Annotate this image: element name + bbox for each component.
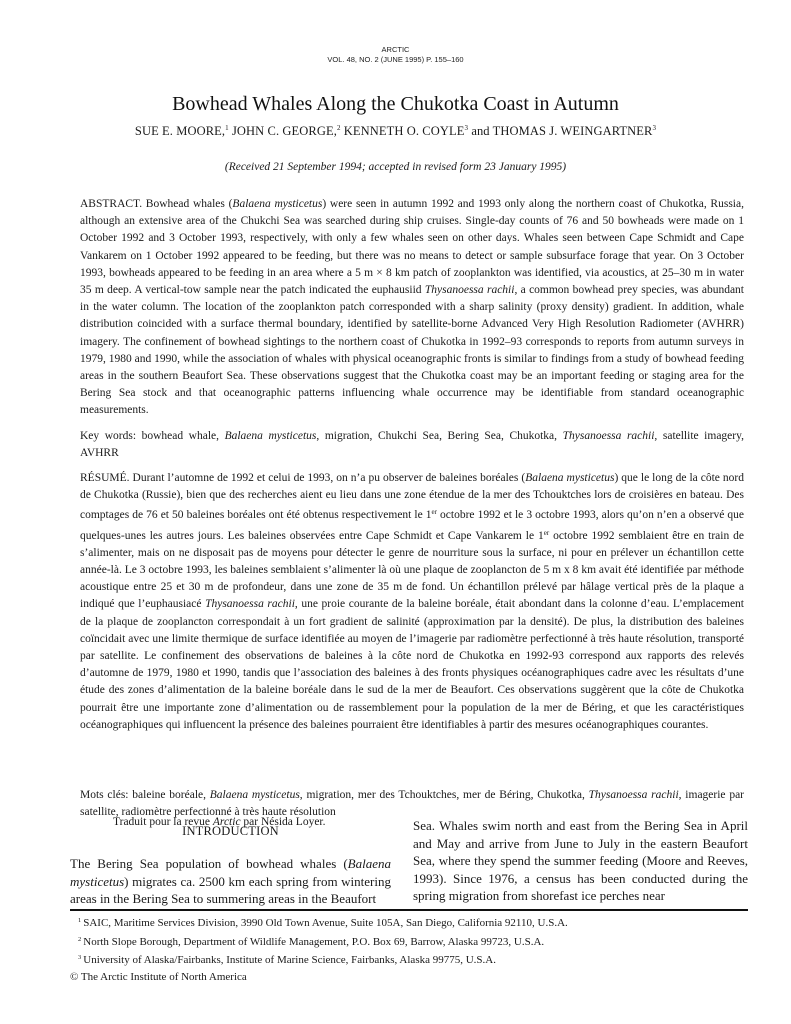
footnote-marker: 2 [78, 936, 81, 943]
paragraph-text: The Bering Sea population of bowhead wha… [70, 856, 348, 871]
abstract-text: ) were seen in autumn 1992 and 1993 only… [80, 198, 744, 296]
species-name: Balaena mysticetus [210, 789, 300, 801]
article-title: Bowhead Whales Along the Chukotka Coast … [0, 92, 791, 116]
author-name: THOMAS J. WEINGARTNER [493, 124, 653, 138]
author-list: SUE E. MOORE,1 JOHN C. GEORGE,2 KENNETH … [0, 120, 791, 139]
prey-species-name: Thysanoessa rachii [563, 430, 655, 442]
section-heading-introduction: INTRODUCTION [70, 823, 391, 839]
prey-species-name: Thysanoessa rachii [589, 789, 679, 801]
mots-cles-text: , migration, mer des Tchouktches, mer de… [300, 789, 589, 801]
received-dates: (Received 21 September 1994; accepted in… [0, 160, 791, 175]
keywords-text: , migration, Chukchi Sea, Bering Sea, Ch… [316, 430, 562, 442]
body-column-right: Sea. Whales swim north and east from the… [413, 817, 748, 905]
footnote-text: University of Alaska/Fairbanks, Institut… [83, 954, 496, 966]
affiliation-marker: 1 [225, 124, 229, 132]
journal-header: ARCTIC VOL. 48, NO. 2 (JUNE 1995) P. 155… [0, 45, 791, 65]
prey-species-name: Thysanoessa rachii [205, 598, 295, 610]
introduction-paragraph: The Bering Sea population of bowhead wha… [70, 855, 391, 908]
journal-name: ARCTIC [0, 45, 791, 55]
footnote-divider [70, 909, 748, 911]
species-name: Balaena mysticetus [225, 430, 317, 442]
footnotes: 1SAIC, Maritime Services Division, 3990 … [70, 913, 750, 985]
footnote-text: SAIC, Maritime Services Division, 3990 O… [83, 917, 568, 929]
keywords-text: bowhead whale, [136, 430, 225, 442]
body-column-left: INTRODUCTION The Bering Sea population o… [70, 823, 391, 908]
mots-cles-label: Mots clés: [80, 789, 129, 801]
footnote-text: North Slope Borough, Department of Wildl… [83, 936, 544, 948]
journal-citation: VOL. 48, NO. 2 (JUNE 1995) P. 155–160 [0, 55, 791, 65]
species-name: Balaena mysticetus [525, 472, 614, 484]
keywords-label: Key words: [80, 430, 136, 442]
resume-text: Durant l’automne de 1992 et celui de 199… [130, 472, 526, 484]
abstract-text: , a common bowhead prey species, was abu… [80, 284, 744, 416]
author-conjunction: and [471, 124, 489, 138]
introduction-paragraph-continued: Sea. Whales swim north and east from the… [413, 817, 748, 905]
mots-cles-text: baleine boréale, [129, 789, 210, 801]
affiliation-marker: 3 [464, 124, 468, 132]
prey-species-name: Thysanoessa rachii [425, 284, 515, 296]
affiliation-marker: 3 [652, 124, 656, 132]
author-name: SUE E. MOORE, [135, 124, 225, 138]
author-name: KENNETH O. COYLE [344, 124, 465, 138]
abstract-label: ABSTRACT. [80, 198, 142, 210]
footnote-marker: 3 [78, 954, 81, 961]
footnote: 1SAIC, Maritime Services Division, 3990 … [70, 913, 750, 932]
resume-label: RÉSUMÉ. [80, 472, 130, 484]
footnote: 2North Slope Borough, Department of Wild… [70, 932, 750, 951]
footnote: 3University of Alaska/Fairbanks, Institu… [70, 950, 750, 969]
resume-text: , une proie courante de la baleine boréa… [80, 598, 744, 730]
abstract: ABSTRACT. Bowhead whales (Balaena mystic… [80, 196, 744, 420]
keywords: Key words: bowhead whale, Balaena mystic… [80, 428, 744, 462]
author-name: JOHN C. GEORGE, [232, 124, 337, 138]
abstract-text: Bowhead whales ( [142, 198, 232, 210]
affiliation-marker: 2 [337, 124, 341, 132]
footnote-marker: 1 [78, 917, 81, 924]
copyright-notice: © The Arctic Institute of North America [70, 969, 750, 986]
resume: RÉSUMÉ. Durant l’automne de 1992 et celu… [80, 470, 744, 734]
species-name: Balaena mysticetus [232, 198, 322, 210]
